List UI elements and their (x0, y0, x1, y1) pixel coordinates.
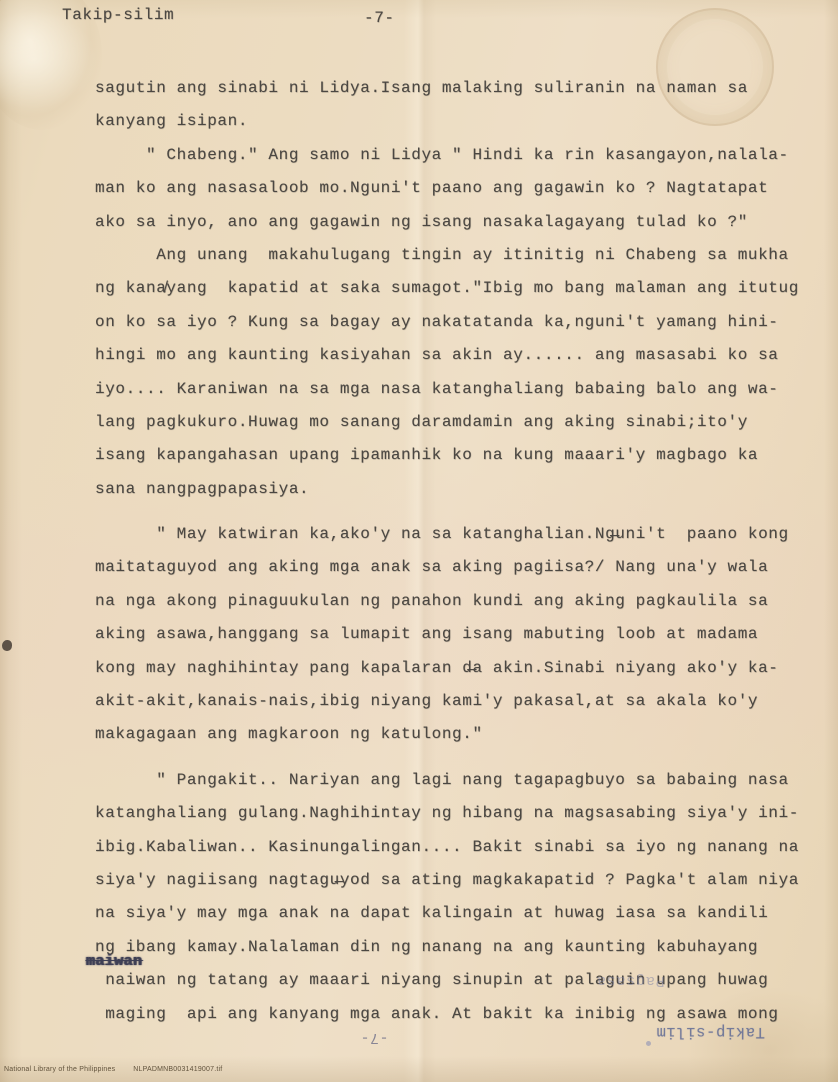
footer-page-number-reversed: -7- (360, 1029, 389, 1046)
text-line: na nga akong pinaguukulan ng panahon kun… (95, 585, 817, 618)
text-line: makagagaan ang magkaroon ng katulong." (95, 718, 817, 751)
text-line: " May katwiran ka,ako'y na sa katanghali… (95, 518, 817, 551)
text-line: sagutin ang sinabi ni Lidya.Isang malaki… (95, 72, 817, 105)
ink-spot (2, 640, 12, 651)
text-line: na siya'y may mga anak na dapat kalingai… (95, 897, 817, 930)
strikeout-word: maiwan (86, 953, 142, 970)
text-line: ako sa inyo, ano ang gagawin ng isang na… (95, 206, 817, 239)
text-line: aking asawa,hanggang sa lumapit ang isan… (95, 618, 817, 651)
text-line: isang kapangahasan upang ipamanhik ko na… (95, 439, 817, 472)
footer-ink-dot (646, 1041, 651, 1046)
text-line: man ko ang nasasaloob mo.Nguni't paano a… (95, 172, 817, 205)
text-line: hingi mo ang kaunting kasiyahan sa akin … (95, 339, 817, 372)
text-line: kanyang isipan. (95, 105, 817, 138)
text-line: ibig.Kabaliwan.. Kasinungalingan.... Bak… (95, 831, 817, 864)
footer-title-reversed: Takip-silim (656, 1023, 765, 1041)
text-line: sana nangpagpapasiya. (95, 473, 817, 506)
ghost-offset-text: Pagsasa (596, 972, 665, 989)
text-line: maitataguyod ang aking mga anak sa aking… (95, 551, 817, 584)
text-line: on ko sa iyo ? Kung sa bagay ay nakatata… (95, 306, 817, 339)
text-line: akit-akit,kanais-nais,ibig niyang kami'y… (95, 685, 817, 718)
watermark-library: National Library of the Philippines (4, 1066, 115, 1073)
text-line: naiwan ng tatang ay maaari niyang sinupi… (95, 964, 817, 997)
header-page-number: -7- (364, 9, 395, 27)
watermark: National Library of the PhilippinesNLPAD… (4, 1066, 222, 1073)
text-lines: sagutin ang sinabi ni Lidya.Isang malaki… (95, 72, 817, 1031)
header-title: Takip-silim (62, 6, 174, 24)
text-line: Ang unang makahulugang tingin ay itiniti… (95, 239, 817, 272)
scanned-manuscript-page: Takip-silim -7- sagutin ang sinabi ni Li… (0, 0, 838, 1082)
text-line: " Pangakit.. Nariyan ang lagi nang tagap… (95, 764, 817, 797)
text-line: katanghaliang gulang.Naghihintay ng hiba… (95, 797, 817, 830)
text-line: ng ibang kamay.Nalalaman din ng nanang n… (95, 931, 817, 964)
watermark-file-id: NLPADMNB0031419007.tif (133, 1066, 222, 1073)
text-line: lang pagkukuro.Huwag mo sanang daramdami… (95, 406, 817, 439)
text-line: " Chabeng." Ang samo ni Lidya " Hindi ka… (95, 139, 817, 172)
text-line: ng kana̸yang kapatid at saka sumagot."Ib… (95, 272, 817, 305)
text-line: siya'y nagiisang nagtagu̶yod sa ating ma… (95, 864, 817, 897)
text-line: kong may naghihintay pang kapalaran d̶a … (95, 652, 817, 685)
text-line: iyo.... Karaniwan na sa mga nasa katangh… (95, 373, 817, 406)
